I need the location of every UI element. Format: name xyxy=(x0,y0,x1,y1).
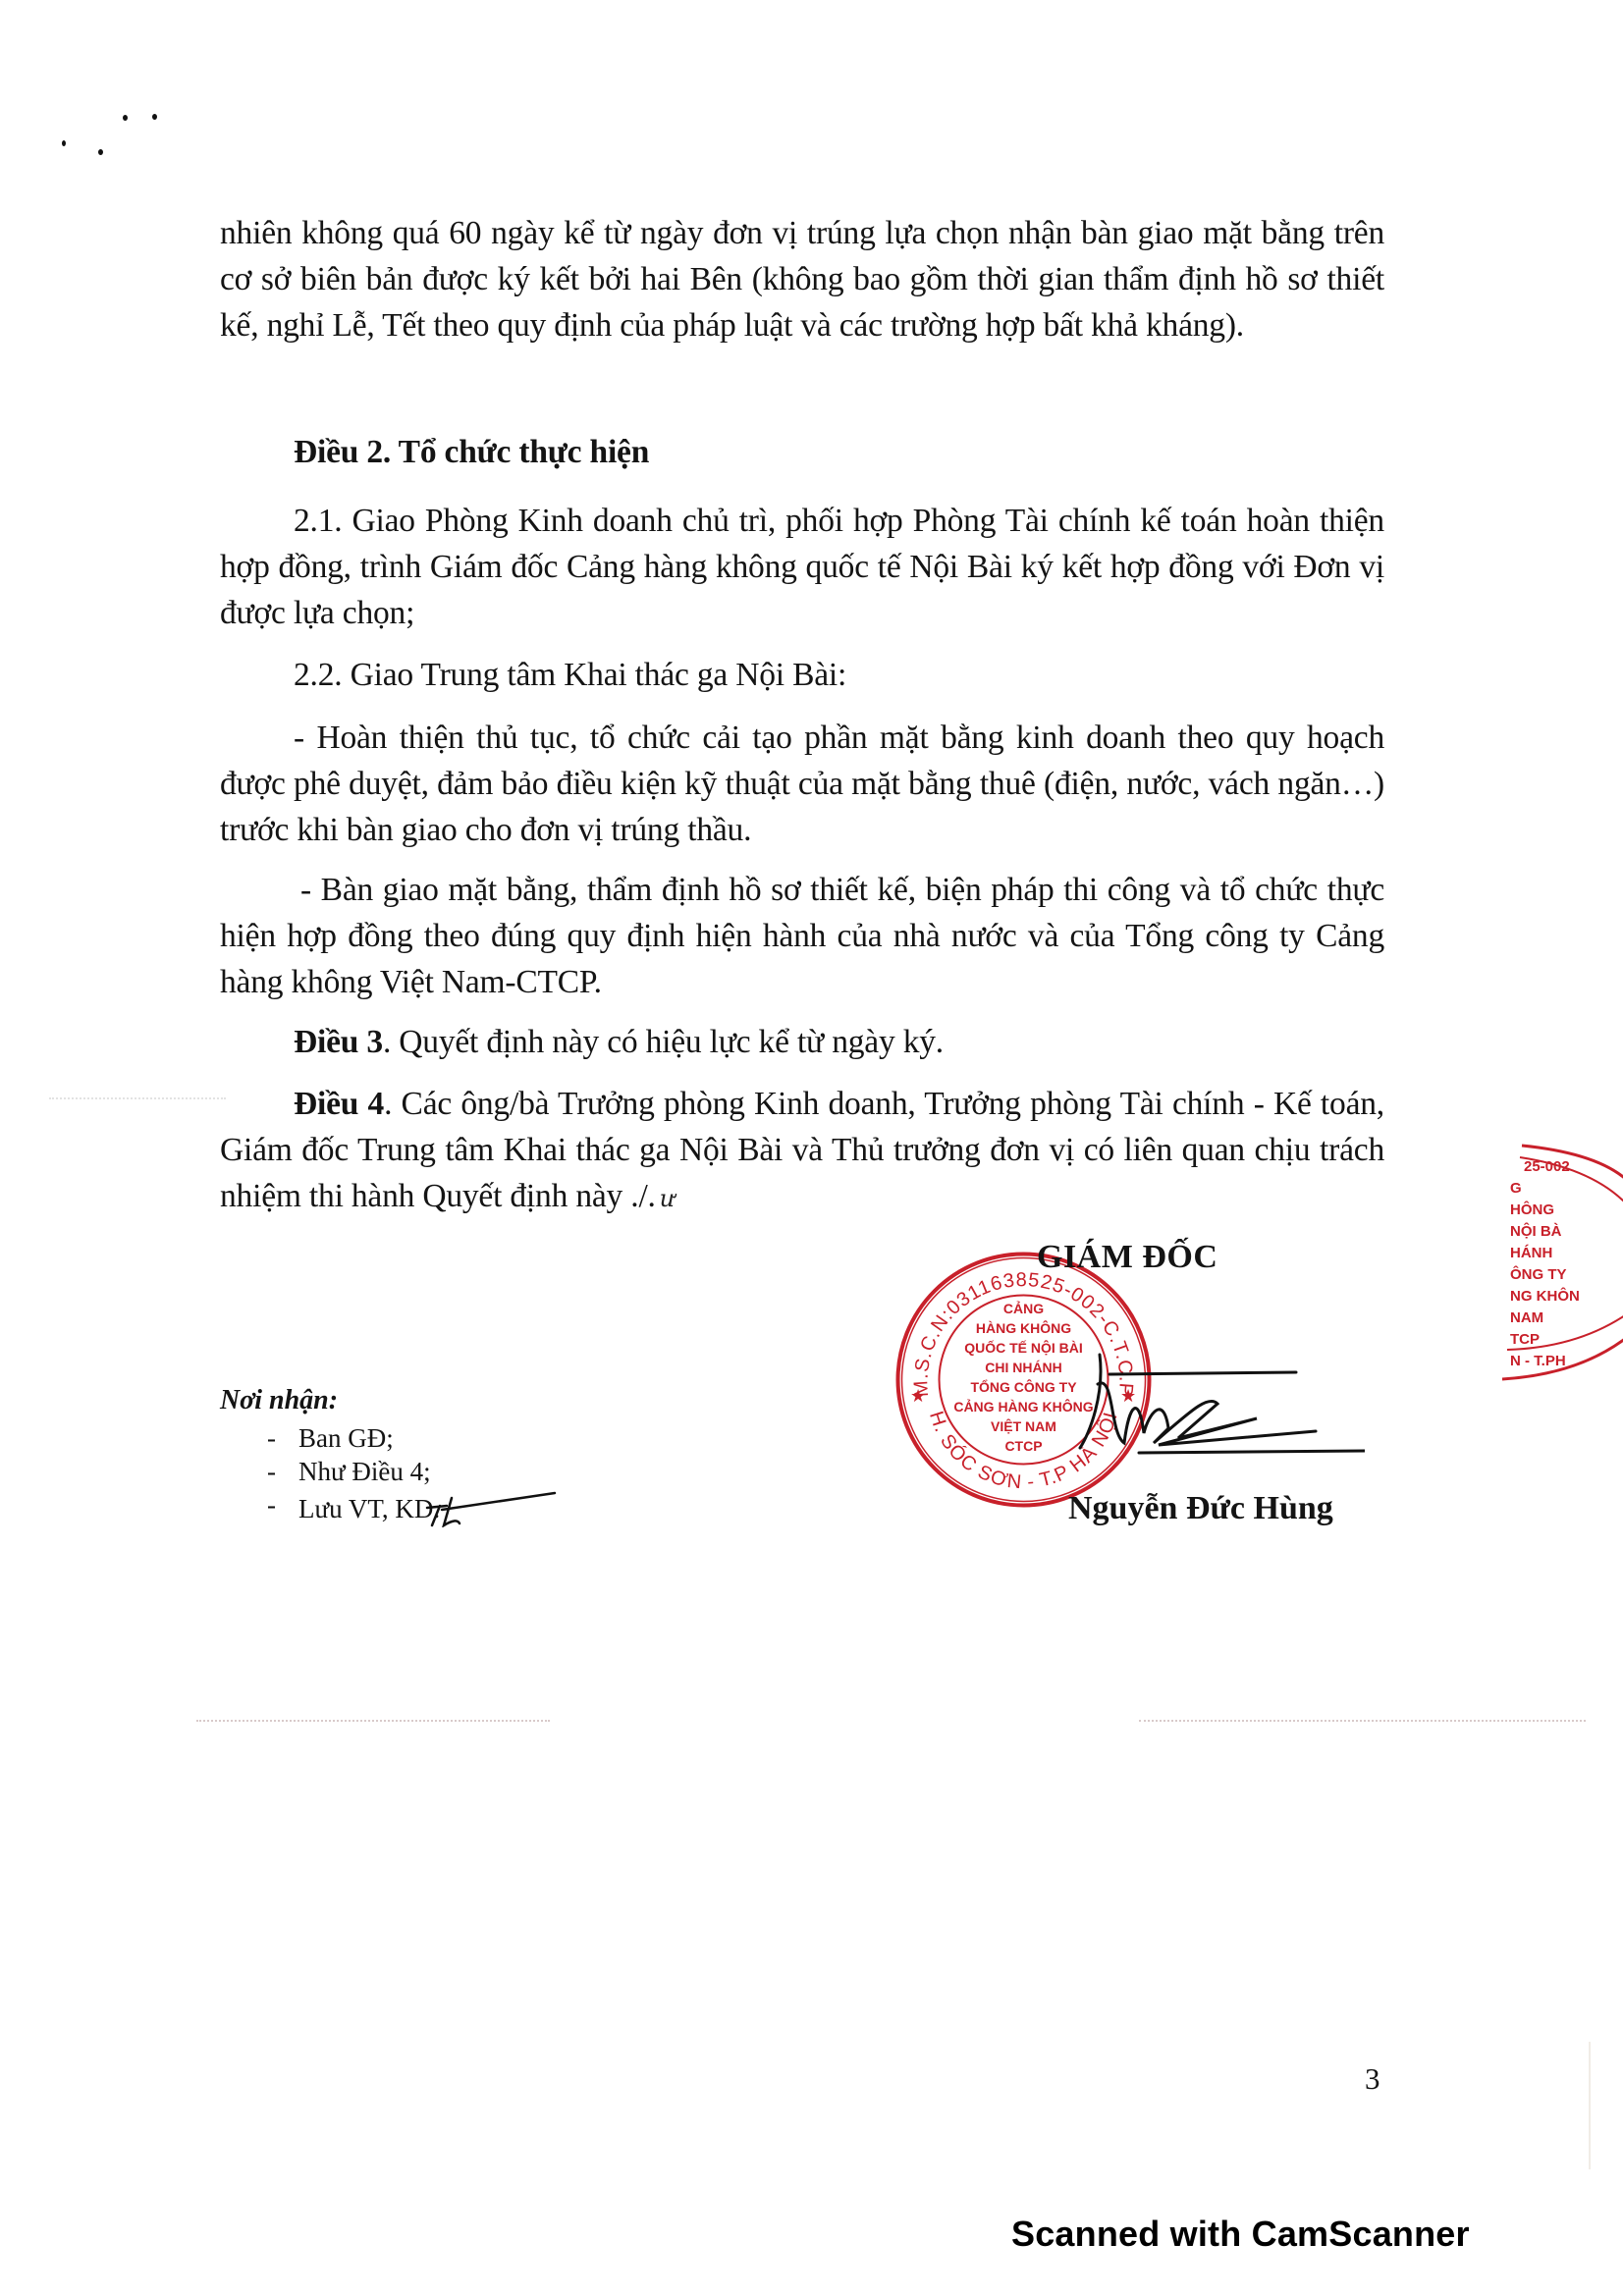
svg-text:CẢNG: CẢNG xyxy=(1003,1301,1044,1316)
svg-text:TỔNG CÔNG TY: TỔNG CÔNG TY xyxy=(970,1378,1077,1395)
scan-speck xyxy=(123,115,128,121)
svg-text:★: ★ xyxy=(910,1386,926,1407)
scan-speck xyxy=(98,149,103,155)
svg-text:TCP: TCP xyxy=(1510,1331,1540,1348)
svg-text:25-002: 25-002 xyxy=(1524,1158,1570,1175)
page-number: 3 xyxy=(1365,2061,1380,2097)
camscanner-watermark: Scanned with CamScanner xyxy=(1011,2214,1470,2255)
recipient-item: Như Điều 4; xyxy=(267,1455,560,1488)
paragraph-item-2-2: 2.2. Giao Trung tâm Khai thác ga Nội Bài… xyxy=(220,652,1384,698)
paragraph-item-2-1: 2.1. Giao Phòng Kinh doanh chủ trì, phối… xyxy=(220,498,1384,636)
svg-text:N - T.PH: N - T.PH xyxy=(1510,1353,1566,1369)
recipient-text: Lưu VT, KD. xyxy=(298,1494,440,1523)
recipient-item: Ban GĐ; xyxy=(267,1421,560,1455)
scan-artifact xyxy=(196,1720,550,1728)
svg-text:HÔNG: HÔNG xyxy=(1510,1201,1554,1218)
document-page: nhiên không quá 60 ngày kể từ ngày đơn v… xyxy=(0,0,1623,2296)
paragraph-text: 2.1. Giao Phòng Kinh doanh chủ trì, phối… xyxy=(220,498,1384,636)
article-text: . Các ông/bà Trưởng phòng Kinh doanh, Tr… xyxy=(220,1086,1384,1214)
paragraph-text: - Bàn giao mặt bằng, thẩm định hồ sơ thi… xyxy=(220,867,1384,1005)
article-label: Điều 3 xyxy=(294,1024,383,1060)
article-text: . Quyết định này có hiệu lực kể từ ngày … xyxy=(383,1024,944,1060)
paragraph-dieu-4: Điều 4. Các ông/bà Trưởng phòng Kinh doa… xyxy=(220,1081,1384,1222)
paragraph-dieu-3: Điều 3. Quyết định này có hiệu lực kể từ… xyxy=(220,1019,1384,1065)
svg-text:QUỐC TẾ NỘI BÀI: QUỐC TẾ NỘI BÀI xyxy=(964,1339,1083,1356)
paragraph-continuation: nhiên không quá 60 ngày kể từ ngày đơn v… xyxy=(220,210,1384,348)
partial-stamp-edge: 25-002GHÔNGNỘI BÀHÁNHÔNG TYNG KHÔNNAMTCP… xyxy=(1483,1134,1623,1399)
svg-text:NG KHÔN: NG KHÔN xyxy=(1510,1287,1580,1305)
scan-edge xyxy=(1589,2042,1591,2169)
article-label: Điều 4 xyxy=(294,1086,384,1122)
scan-artifact xyxy=(49,1097,226,1105)
paragraph-text: 2.2. Giao Trung tâm Khai thác ga Nội Bài… xyxy=(220,652,1384,698)
signature-title: GIÁM ĐỐC xyxy=(1037,1239,1217,1276)
svg-text:CTCP: CTCP xyxy=(1004,1438,1042,1454)
svg-text:HÁNH: HÁNH xyxy=(1510,1245,1552,1261)
paragraph-item-2-2-a: - Hoàn thiện thủ tục, tổ chức cải tạo ph… xyxy=(220,715,1384,853)
paragraph-text: - Hoàn thiện thủ tục, tổ chức cải tạo ph… xyxy=(220,715,1384,853)
svg-text:G: G xyxy=(1510,1180,1522,1197)
svg-text:NAM: NAM xyxy=(1510,1309,1543,1326)
handwritten-initials: ư xyxy=(660,1185,675,1212)
recipient-item: Lưu VT, KD. xyxy=(267,1488,560,1527)
heading-dieu-2: Điều 2. Tổ chức thực hiện xyxy=(220,429,1384,475)
recipients-block: Nơi nhận: Ban GĐ; Như Điều 4; Lưu VT, KD… xyxy=(220,1384,560,1527)
paragraph-item-2-2-b: - Bàn giao mặt bằng, thẩm định hồ sơ thi… xyxy=(220,867,1384,1005)
svg-text:CHI NHÁNH: CHI NHÁNH xyxy=(985,1360,1062,1375)
svg-text:NỘI BÀ: NỘI BÀ xyxy=(1510,1222,1562,1240)
svg-text:HÀNG KHÔNG: HÀNG KHÔNG xyxy=(976,1319,1071,1336)
handwritten-initials xyxy=(422,1488,560,1527)
scan-speck xyxy=(152,114,157,120)
recipients-title: Nơi nhận: xyxy=(220,1384,560,1417)
svg-text:ÔNG TY: ÔNG TY xyxy=(1510,1265,1567,1283)
heading-text: Điều 2. Tổ chức thực hiện xyxy=(220,429,1384,475)
signer-name: Nguyễn Đức Hùng xyxy=(1068,1490,1333,1527)
paragraph-text: nhiên không quá 60 ngày kể từ ngày đơn v… xyxy=(220,210,1384,348)
scan-artifact xyxy=(1139,1720,1586,1728)
scan-speck xyxy=(62,140,66,146)
svg-text:VIỆT NAM: VIỆT NAM xyxy=(991,1417,1056,1434)
recipients-list: Ban GĐ; Như Điều 4; Lưu VT, KD. xyxy=(220,1421,560,1527)
signature xyxy=(1070,1335,1365,1463)
